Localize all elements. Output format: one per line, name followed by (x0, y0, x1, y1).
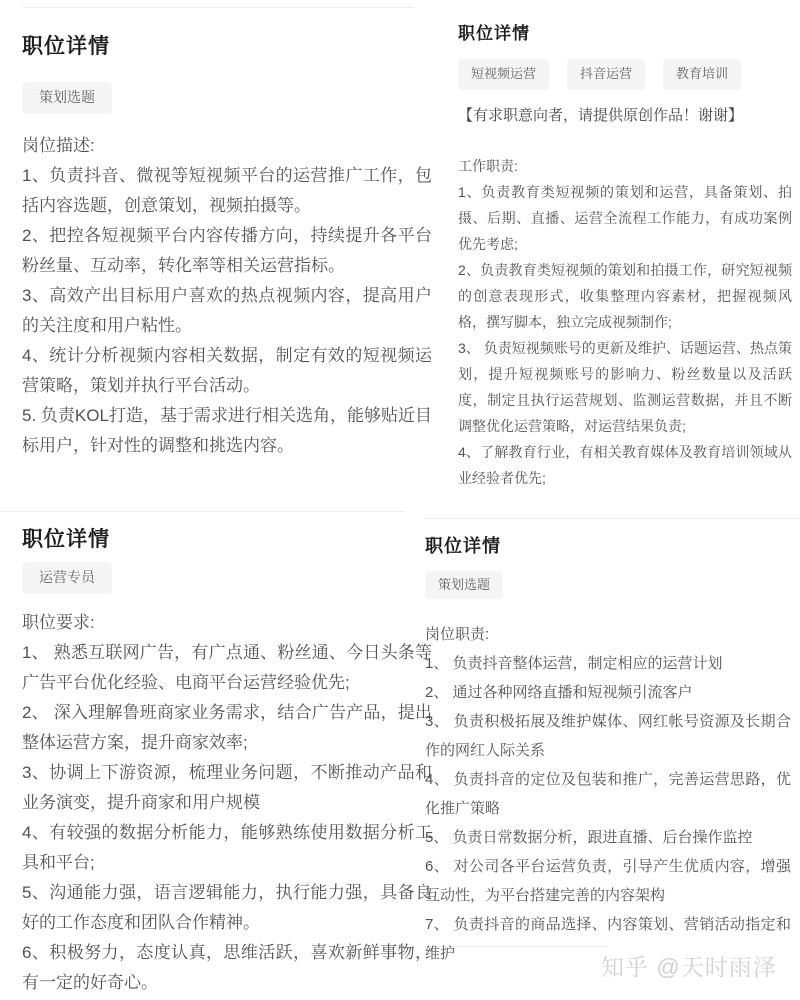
job-tag: 策划选题 (425, 571, 503, 599)
description-item: 2、 深入理解鲁班商家业务需求，结合广告产品，提出整体运营方案，提升商家效率; (22, 698, 432, 758)
description-item: 1、负责抖音、微视等短视频平台的运营推广工作，包括内容选题，创意策划，视频拍摄等… (22, 161, 432, 221)
job-tag: 短视频运营 (458, 59, 549, 89)
job-detail-card-education: 职位详情 短视频运营 抖音运营 教育培训 【有求职意向者，请提供原创作品！谢谢】… (458, 24, 792, 491)
card-top-divider (23, 7, 414, 8)
description-item: 2、负责教育类短视频的策划和拍摄工作，研究短视频的创意表现形式，收集整理内容素材… (458, 257, 792, 335)
section-label: 工作职责: (458, 153, 792, 179)
zhihu-watermark: 知乎 @天时雨泽 (601, 949, 777, 982)
job-tag: 教育培训 (663, 59, 741, 89)
job-description: 岗位职责: 1、 负责抖音整体运营，制定相应的运营计划 2、 通过各种网络直播和… (425, 620, 791, 968)
description-item: 6、积极努力，态度认真，思维活跃，喜欢新鲜事物，有一定的好奇心。 (22, 938, 432, 998)
description-item: 2、 通过各种网络直播和短视频引流客户 (425, 678, 791, 707)
description-item: 5、 负责日常数据分析，跟进直播、后台操作监控 (425, 823, 791, 852)
section-label: 职位要求: (22, 608, 432, 638)
job-description: 工作职责: 1、负责教育类短视频的策划和运营，具备策划、拍摄、后期、直播、运营全… (458, 153, 792, 491)
card-title: 职位详情 (22, 34, 432, 59)
job-tag: 策划选题 (22, 82, 112, 114)
tag-row: 策划选题 (425, 558, 791, 599)
job-tag: 运营专员 (22, 562, 112, 594)
description-item: 1、负责教育类短视频的策划和运营，具备策划、拍摄、后期、直播、运营全流程工作能力… (458, 179, 792, 257)
job-detail-card-operations: 职位详情 运营专员 职位要求: 1、 熟悉互联网广告，有广点通、粉丝通、今日头条… (22, 527, 432, 998)
card-title: 职位详情 (22, 527, 432, 552)
description-item: 4、统计分析视频内容相关数据，制定有效的短视频运营策略，策划并执行平台活动。 (22, 341, 432, 401)
description-item: 5、沟通能力强，语言逻辑能力，执行能力强，具备良好的工作态度和团队合作精神。 (22, 878, 432, 938)
description-item: 3、高效产出目标用户喜欢的热点视频内容，提高用户的关注度和用户粘性。 (22, 281, 432, 341)
job-detail-card-planning: 职位详情 策划选题 岗位描述: 1、负责抖音、微视等短视频平台的运营推广工作，包… (22, 34, 432, 461)
job-details-composite: 职位详情 策划选题 岗位描述: 1、负责抖音、微视等短视频平台的运营推广工作，包… (0, 0, 800, 1000)
card-title: 职位详情 (425, 536, 791, 558)
description-item: 1、 熟悉互联网广告，有广点通、粉丝通、今日头条等广告平台优化经验、电商平台运营… (22, 638, 432, 698)
section-label: 岗位职责: (425, 620, 791, 649)
description-item: 4、 负责抖音的定位及包装和推广，完善运营思路，优化推广策略 (425, 765, 791, 823)
tag-row: 运营专员 (22, 552, 432, 594)
tag-row: 策划选题 (22, 59, 432, 114)
job-description: 职位要求: 1、 熟悉互联网广告，有广点通、粉丝通、今日头条等广告平台优化经验、… (22, 608, 432, 998)
tag-row: 短视频运营 抖音运营 教育培训 (458, 59, 792, 89)
card-top-divider (424, 518, 800, 519)
job-description: 岗位描述: 1、负责抖音、微视等短视频平台的运营推广工作，包括内容选题，创意策划… (22, 131, 432, 461)
description-item: 4、了解教育行业，有相关教育媒体及教育培训领域从业经验者优先; (458, 439, 792, 491)
description-item: 2、把控各短视频平台内容传播方向，持续提升各平台粉丝量、互动率，转化率等相关运营… (22, 221, 432, 281)
applicant-notice: 【有求职意向者，请提供原创作品！谢谢】 (458, 104, 792, 128)
description-item: 5. 负责KOL打造，基于需求进行相关选角，能够贴近目标用户，针对性的调整和挑选… (22, 401, 432, 461)
job-detail-card-douyin: 职位详情 策划选题 岗位职责: 1、 负责抖音整体运营，制定相应的运营计划 2、… (425, 536, 791, 968)
job-tag: 抖音运营 (567, 59, 645, 89)
card-top-divider (0, 511, 404, 512)
description-item: 1、 负责抖音整体运营，制定相应的运营计划 (425, 649, 791, 678)
section-label: 岗位描述: (22, 131, 432, 161)
description-item: 3、 负责短视频账号的更新及维护、话题运营、热点策划，提升短视频账号的影响力、粉… (458, 335, 792, 439)
description-item: 4、有较强的数据分析能力，能够熟练使用数据分析工具和平台; (22, 818, 432, 878)
description-item: 3、协调上下游资源，梳理业务问题，不断推动产品和业务演变，提升商家和用户规模 (22, 758, 432, 818)
description-item: 6、 对公司各平台运营负责，引导产生优质内容，增强互动性，为平台搭建完善的内容架… (425, 852, 791, 910)
description-item: 3、 负责积极拓展及维护媒体、网红帐号资源及长期合作的网红人际关系 (425, 707, 791, 765)
card-title: 职位详情 (458, 24, 792, 44)
